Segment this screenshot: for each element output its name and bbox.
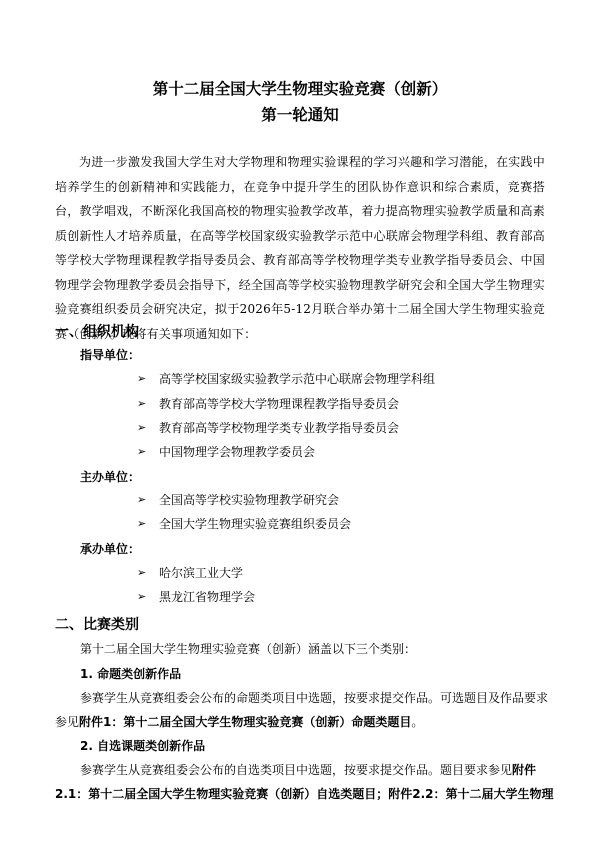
category-1-text: 参赛学生从竞赛组委会公布的命题类项目中选题，按要求提交作品。可选题目及作品要求 xyxy=(80,689,548,706)
arrow-bullet-icon: ➢ xyxy=(137,517,159,530)
category-2-reference: 2.1：第十二届全国大学生物理实验竞赛（创新）自选类题目；附件2.2：第十二届大… xyxy=(55,785,554,802)
list-item: ➢高等学校国家级实验教学示范中心联席会物理学科组 xyxy=(137,370,435,387)
group-label-organizer: 承办单位： xyxy=(80,540,140,557)
list-item: ➢教育部高等学校大学物理课程教学指导委员会 xyxy=(137,395,399,412)
category-title-1: 1. 命题类创新作品 xyxy=(80,665,181,682)
arrow-bullet-icon: ➢ xyxy=(137,590,159,603)
category-title-2: 2. 自选课题类创新作品 xyxy=(80,737,205,754)
section-heading-categories: 二、比赛类别 xyxy=(55,614,139,634)
arrow-bullet-icon: ➢ xyxy=(137,445,159,458)
list-item: ➢中国物理学会物理教学委员会 xyxy=(137,443,315,460)
list-item: ➢教育部高等学校物理学类专业教学指导委员会 xyxy=(137,419,399,436)
document-subtitle: 第一轮通知 xyxy=(0,103,600,125)
list-item: ➢全国大学生物理实验竞赛组织委员会 xyxy=(137,515,351,532)
arrow-bullet-icon: ➢ xyxy=(137,372,159,385)
list-item: ➢哈尔滨工业大学 xyxy=(137,564,243,581)
section-heading-organization: 一、组织机构 xyxy=(55,321,139,341)
arrow-bullet-icon: ➢ xyxy=(137,421,159,434)
arrow-bullet-icon: ➢ xyxy=(137,566,159,579)
arrow-bullet-icon: ➢ xyxy=(137,493,159,506)
attachment-1-reference: 附件1：第十二届全国大学生物理实验竞赛（创新）命题类题目 xyxy=(79,715,411,729)
list-item: ➢全国高等学校实验物理教学研究会 xyxy=(137,491,339,508)
list-item: ➢黑龙江省物理学会 xyxy=(137,588,255,605)
arrow-bullet-icon: ➢ xyxy=(137,397,159,410)
document-title: 第十二届全国大学生物理实验竞赛（创新） xyxy=(0,77,600,99)
document-page: 第十二届全国大学生物理实验竞赛（创新） 第一轮通知 为进一步激发我国大学生对大学… xyxy=(0,0,600,848)
group-label-guidance: 指导单位： xyxy=(80,346,140,363)
intro-paragraph: 为进一步激发我国大学生对大学物理和物理实验课程的学习兴趣和学习潜能，在实践中培养… xyxy=(55,150,545,346)
group-label-host: 主办单位： xyxy=(80,468,140,485)
category-1-reference: 参见附件1：第十二届全国大学生物理实验竞赛（创新）命题类题目。 xyxy=(55,713,423,730)
categories-intro: 第十二届全国大学生物理实验竞赛（创新）涵盖以下三个类别： xyxy=(80,640,416,657)
category-2-text: 参赛学生从竞赛组委会公布的自选类项目中选题，按要求提交作品。题目要求参见附件 xyxy=(80,761,536,778)
